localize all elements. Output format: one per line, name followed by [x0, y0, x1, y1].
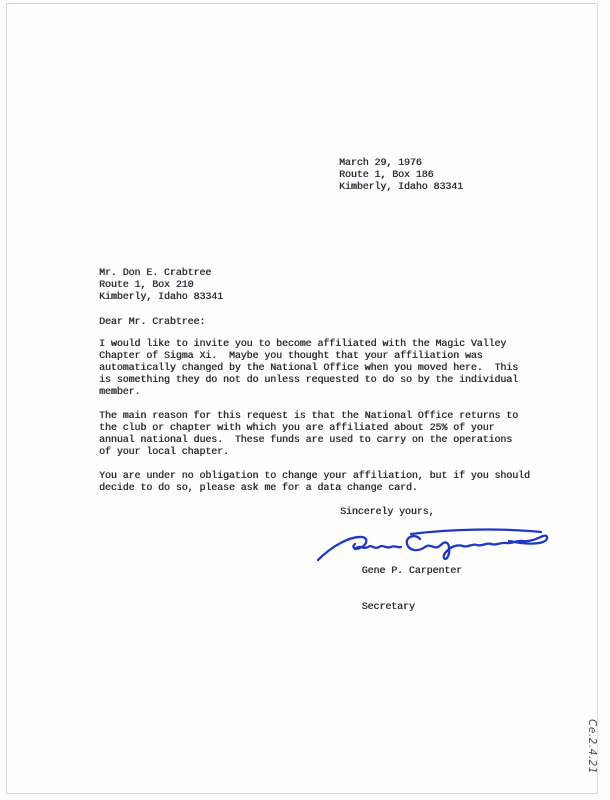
signature-block: Gene P. Carpenter Secretary	[338, 554, 462, 626]
closing-phrase: Sincerely yours,	[340, 507, 434, 519]
body-paragraph-1: I would like to invite you to become aff…	[99, 339, 518, 399]
body-paragraph-2: The main reason for this request is that…	[99, 411, 518, 459]
salutation: Dear Mr. Crabtree:	[99, 317, 205, 329]
signer-title: Secretary	[362, 602, 415, 613]
body-paragraph-3: You are under no obligation to change yo…	[99, 471, 530, 495]
date-and-sender-address: March 29, 1976 Route 1, Box 186 Kimberly…	[339, 158, 463, 194]
recipient-address: Mr. Don E. Crabtree Route 1, Box 210 Kim…	[99, 268, 223, 304]
signer-name: Gene P. Carpenter	[362, 566, 462, 577]
archival-annotation: Ce.2.4.21	[586, 719, 598, 773]
scanned-letter-page: March 29, 1976 Route 1, Box 186 Kimberly…	[0, 0, 610, 800]
